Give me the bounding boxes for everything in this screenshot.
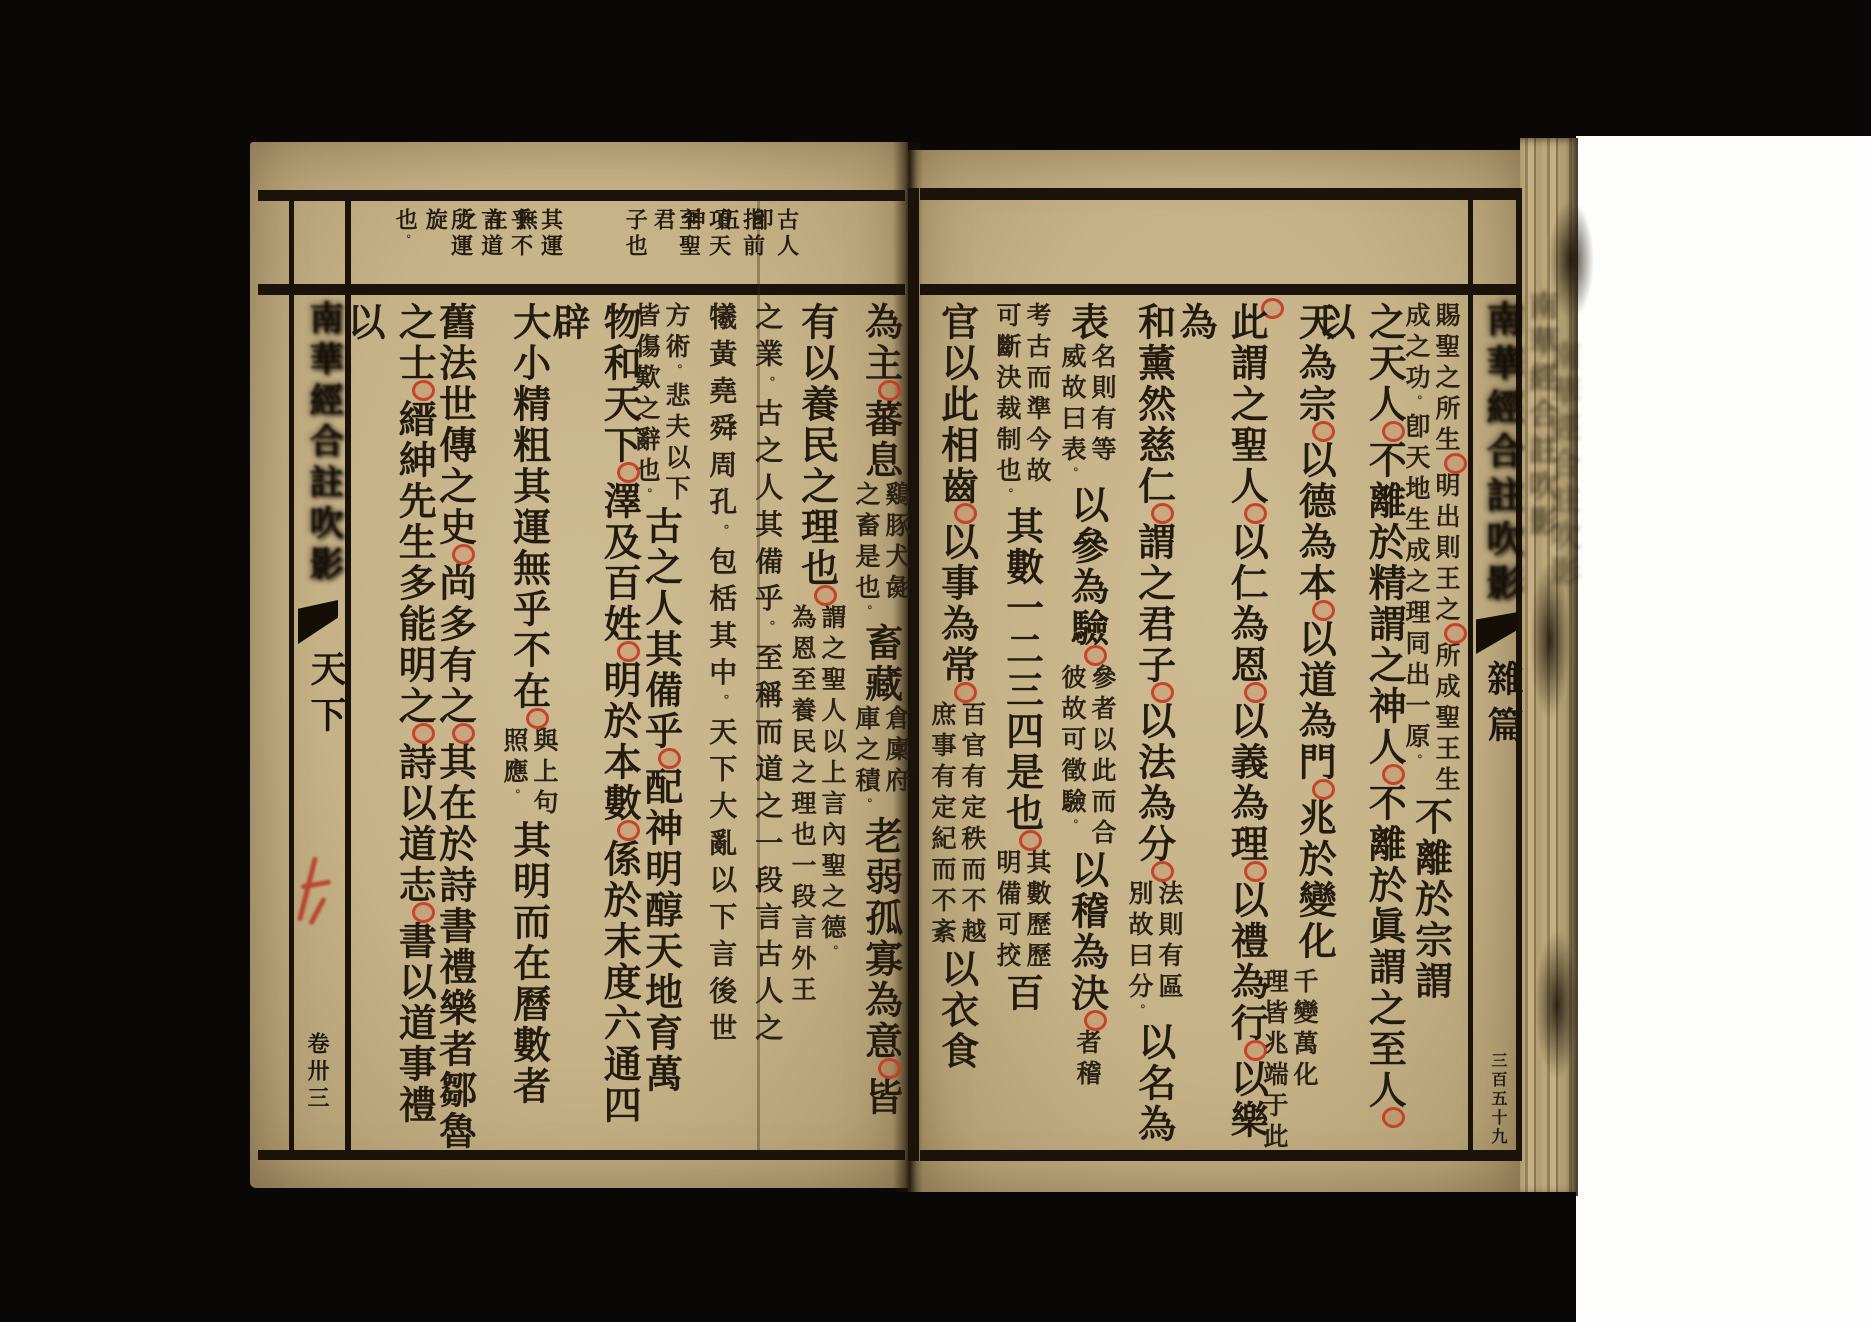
vermilion-circle-icon	[1244, 1040, 1267, 1061]
vermilion-circle-icon	[954, 503, 977, 524]
vermilion-circle-icon	[452, 544, 475, 565]
punctuation-circle: 。	[1409, 395, 1423, 413]
vermilion-circle-icon	[1151, 503, 1174, 524]
main-text-segment: 不離於宗謂	[1405, 797, 1456, 1002]
commentary-column: 犧黃堯舜周孔。包栝其中。天下大亂以下言後世	[703, 302, 739, 1050]
frame-rule	[289, 190, 294, 1160]
main-text-segment: 為主蕃息	[855, 302, 906, 481]
main-text-segment: 其明而在曆數者	[503, 820, 554, 1107]
vermilion-circle-icon	[617, 641, 640, 662]
main-text-segment: 畜藏	[855, 623, 906, 705]
main-text-segment: 老弱孤寡為意皆	[855, 816, 906, 1118]
vermilion-circle-icon	[954, 682, 977, 703]
vermilion-circle-icon	[1151, 861, 1174, 882]
vermilion-circle-icon	[1019, 830, 1042, 851]
vermilion-circle-icon	[617, 820, 640, 841]
text-column: 和薰然慈仁謂之君子以法為分法則有區別故曰分。以名為	[1121, 302, 1187, 1154]
vermilion-circle-icon	[452, 723, 475, 744]
vermilion-circle-icon	[526, 708, 549, 729]
interlinear-note: 與上句照應。	[499, 727, 559, 820]
note-right-subcolumn: 謂之聖人以上言內聖之德。	[817, 604, 847, 1007]
main-text-segment: 以稽為決	[1061, 850, 1112, 1029]
ink-smudge	[1535, 930, 1579, 1080]
interlinear-note: 考古而準今故可斷決裁制也。	[992, 302, 1052, 506]
note-left-subcolumn: 庶事有定紀而不紊	[927, 701, 957, 949]
note-right-subcolumn: 賜聖之所生明出則王之所成聖王生	[1431, 302, 1461, 797]
eyebrow-note-subcolumn: 至聖君	[650, 208, 701, 282]
punctuation-circle: 。	[825, 945, 839, 963]
vermilion-circle-icon	[1244, 503, 1267, 524]
main-text-segment: 百	[996, 973, 1047, 1014]
vermilion-circle-icon	[1382, 1107, 1405, 1128]
text-column: 表名則有等威故曰表。以參為驗參者以此而合彼故可徵驗。以稽為決者稽	[1054, 302, 1120, 1154]
punctuation-circle: 。	[507, 789, 521, 807]
note-right-subcolumn: 百官有定秩而不越	[957, 701, 987, 949]
text-column: 物和天下澤及百姓明於本數係於末度六通四辟	[561, 302, 627, 1154]
text-column: 犧黃堯舜周孔。包栝其中。天下大亂以下言後世	[688, 302, 754, 1154]
page-number: 三百五十九	[1487, 1052, 1510, 1147]
note-right-subcolumn: 名則有等	[1087, 343, 1117, 485]
note-right-subcolumn: 其數歷歷	[1022, 849, 1052, 973]
punctuation-circle: 。	[669, 364, 683, 382]
scanner-white-background	[1576, 126, 1871, 1322]
main-text-segment: 以衣食	[931, 949, 982, 1072]
note-right-subcolumn: 者稽	[1072, 1029, 1102, 1091]
note-left-subcolumn: 可斷決裁制也。	[992, 302, 1022, 506]
vermilion-circle-icon	[412, 902, 435, 923]
background-bottom	[0, 1192, 1576, 1322]
text-column: 考古而準今故可斷決裁制也。其數一二三四是也其數歷歷明備可挍百	[989, 302, 1055, 1154]
punctuation-circle: 。	[859, 605, 873, 623]
note-right-subcolumn: 與上句	[529, 727, 559, 820]
frame-rule	[1468, 195, 1473, 1161]
vermilion-circle-icon	[1312, 600, 1335, 621]
ink-smudge	[1530, 560, 1570, 720]
interlinear-note: 參者以此而合彼故可徵驗。	[1057, 664, 1117, 850]
vermilion-circle-icon	[1151, 682, 1174, 703]
vermilion-circle-icon	[617, 462, 640, 483]
vermilion-circle-icon	[1312, 421, 1335, 442]
punctuation-circle: 。	[399, 234, 411, 249]
text-column: 為主蕃息鷄豚犬彘之畜是也。畜藏倉廩府庫之積。老弱孤寡為意皆	[848, 302, 914, 1154]
punctuation-circle: 。	[1132, 1004, 1146, 1022]
main-text-segment: 和薰然慈仁謂之君子以法為分	[1128, 302, 1179, 880]
interlinear-note: 倉廩府庫之積。	[851, 705, 911, 816]
main-text-segment: 以名為	[1128, 1022, 1179, 1145]
frame-rule	[920, 284, 1520, 295]
eyebrow-note-subcolumn: 所運旋	[422, 208, 473, 282]
note-right-subcolumn: 倉廩府	[881, 705, 911, 816]
note-left-subcolumn: 明備可挍	[992, 849, 1022, 973]
text-column: 之士縉紳先生多能明之詩以道志書以道事禮以	[356, 302, 422, 1154]
text-column: 大小精粗其運無乎不在與上句照應。其明而在曆數者	[496, 302, 562, 1154]
vermilion-circle-icon	[814, 585, 837, 606]
vermilion-circle-icon	[1244, 861, 1267, 882]
vermilion-circle-icon	[412, 380, 435, 401]
punctuation-circle: 。	[1065, 467, 1079, 485]
eyebrow-note-subcolumn: 子也	[622, 208, 647, 282]
main-text-segment: 官以此相齒以事為常	[931, 302, 982, 701]
vermilion-circle-icon	[1244, 682, 1267, 703]
background-top	[0, 0, 1871, 136]
interlinear-note: 其數歷歷明備可挍	[992, 849, 1052, 973]
volume-label: 卷卅三	[302, 1032, 333, 1113]
book-scan: 南華經合註吹影 南華經合註吹影 南華經合註吹影 雜篇 三百五十九 南華經合註吹影…	[0, 0, 1871, 1322]
punctuation-circle: 。	[713, 694, 729, 716]
vermilion-circle-icon	[1084, 645, 1107, 666]
note-right-subcolumn: 考古而準今故	[1022, 302, 1052, 506]
vermilion-circle-icon	[878, 1058, 901, 1079]
vermilion-circle-icon	[1084, 1010, 1107, 1031]
note-right-subcolumn: 鷄豚犬彘	[881, 481, 911, 623]
note-left-subcolumn: 之畜是也。	[851, 481, 881, 623]
interlinear-note: 者稽	[1072, 1029, 1102, 1091]
punctuation-circle: 。	[1000, 488, 1014, 506]
vermilion-circle-icon	[1444, 623, 1467, 644]
vermilion-circle-icon	[1382, 421, 1405, 442]
note-right-subcolumn: 參者以此而合	[1087, 664, 1117, 850]
frame-rule	[258, 284, 905, 295]
interlinear-note: 百官有定秩而不越庶事有定紀而不紊	[927, 701, 987, 949]
main-text-segment: 之士縉紳先生多能明之詩以道志書以道事禮以	[338, 302, 441, 1154]
interlinear-note: 名則有等威故曰表。	[1057, 343, 1117, 485]
text-column: 官以此相齒以事為常百官有定秩而不越庶事有定紀而不紊以衣食	[924, 302, 990, 1154]
eyebrow-note-subcolumn: 也。	[392, 208, 417, 282]
note-left-subcolumn: 彼故可徵驗。	[1057, 664, 1087, 850]
punctuation-circle: 。	[759, 376, 775, 398]
note-left-subcolumn: 庫之積。	[851, 705, 881, 816]
vermilion-circle-icon	[658, 748, 681, 769]
section-label: 雜篇	[1478, 660, 1529, 752]
punctuation-circle: 。	[859, 798, 873, 816]
vermilion-circle-icon	[1382, 764, 1405, 785]
frame-rule	[258, 190, 905, 201]
note-left-subcolumn: 威故曰表。	[1057, 343, 1087, 485]
note-right-subcolumn: 法則有區	[1154, 880, 1184, 1022]
frame-rule	[920, 188, 1520, 200]
text-column: 此謂之聖人以仁為恩以義為理以禮為行以樂為	[1188, 302, 1254, 1154]
punctuation-circle: 。	[713, 524, 729, 546]
main-text-segment: 其數一二三四是也	[996, 506, 1047, 849]
main-text-segment: 以參為驗	[1061, 485, 1112, 664]
vermilion-handwritten-mark	[299, 852, 335, 930]
note-left-subcolumn: 別故曰分。	[1124, 880, 1154, 1022]
vermilion-circle-icon	[1312, 779, 1335, 800]
vermilion-circle-icon	[412, 723, 435, 744]
running-title-right: 南華經合註吹影	[1477, 300, 1528, 608]
note-right-subcolumn: 千變萬化	[1289, 968, 1319, 1154]
main-text-segment: 表	[1061, 302, 1112, 343]
commentary-column: 之業。古之人其備乎。至稱而道之一段言古人之	[749, 302, 785, 1050]
punctuation-circle: 。	[1065, 819, 1079, 837]
ink-smudge	[1548, 200, 1594, 320]
interlinear-note: 鷄豚犬彘之畜是也。	[851, 481, 911, 623]
punctuation-circle: 。	[1409, 754, 1423, 772]
note-left-subcolumn: 照應。	[499, 727, 529, 820]
vermilion-circle-icon	[878, 380, 901, 401]
interlinear-note: 法則有區別故曰分。	[1124, 880, 1184, 1022]
punctuation-circle: 。	[759, 620, 775, 642]
main-text-segment: 大小精粗其運無乎不在	[503, 302, 554, 727]
note-right-subcolumn: 方術。悲夫以下	[661, 302, 691, 506]
vermilion-circle-icon	[1444, 453, 1467, 474]
